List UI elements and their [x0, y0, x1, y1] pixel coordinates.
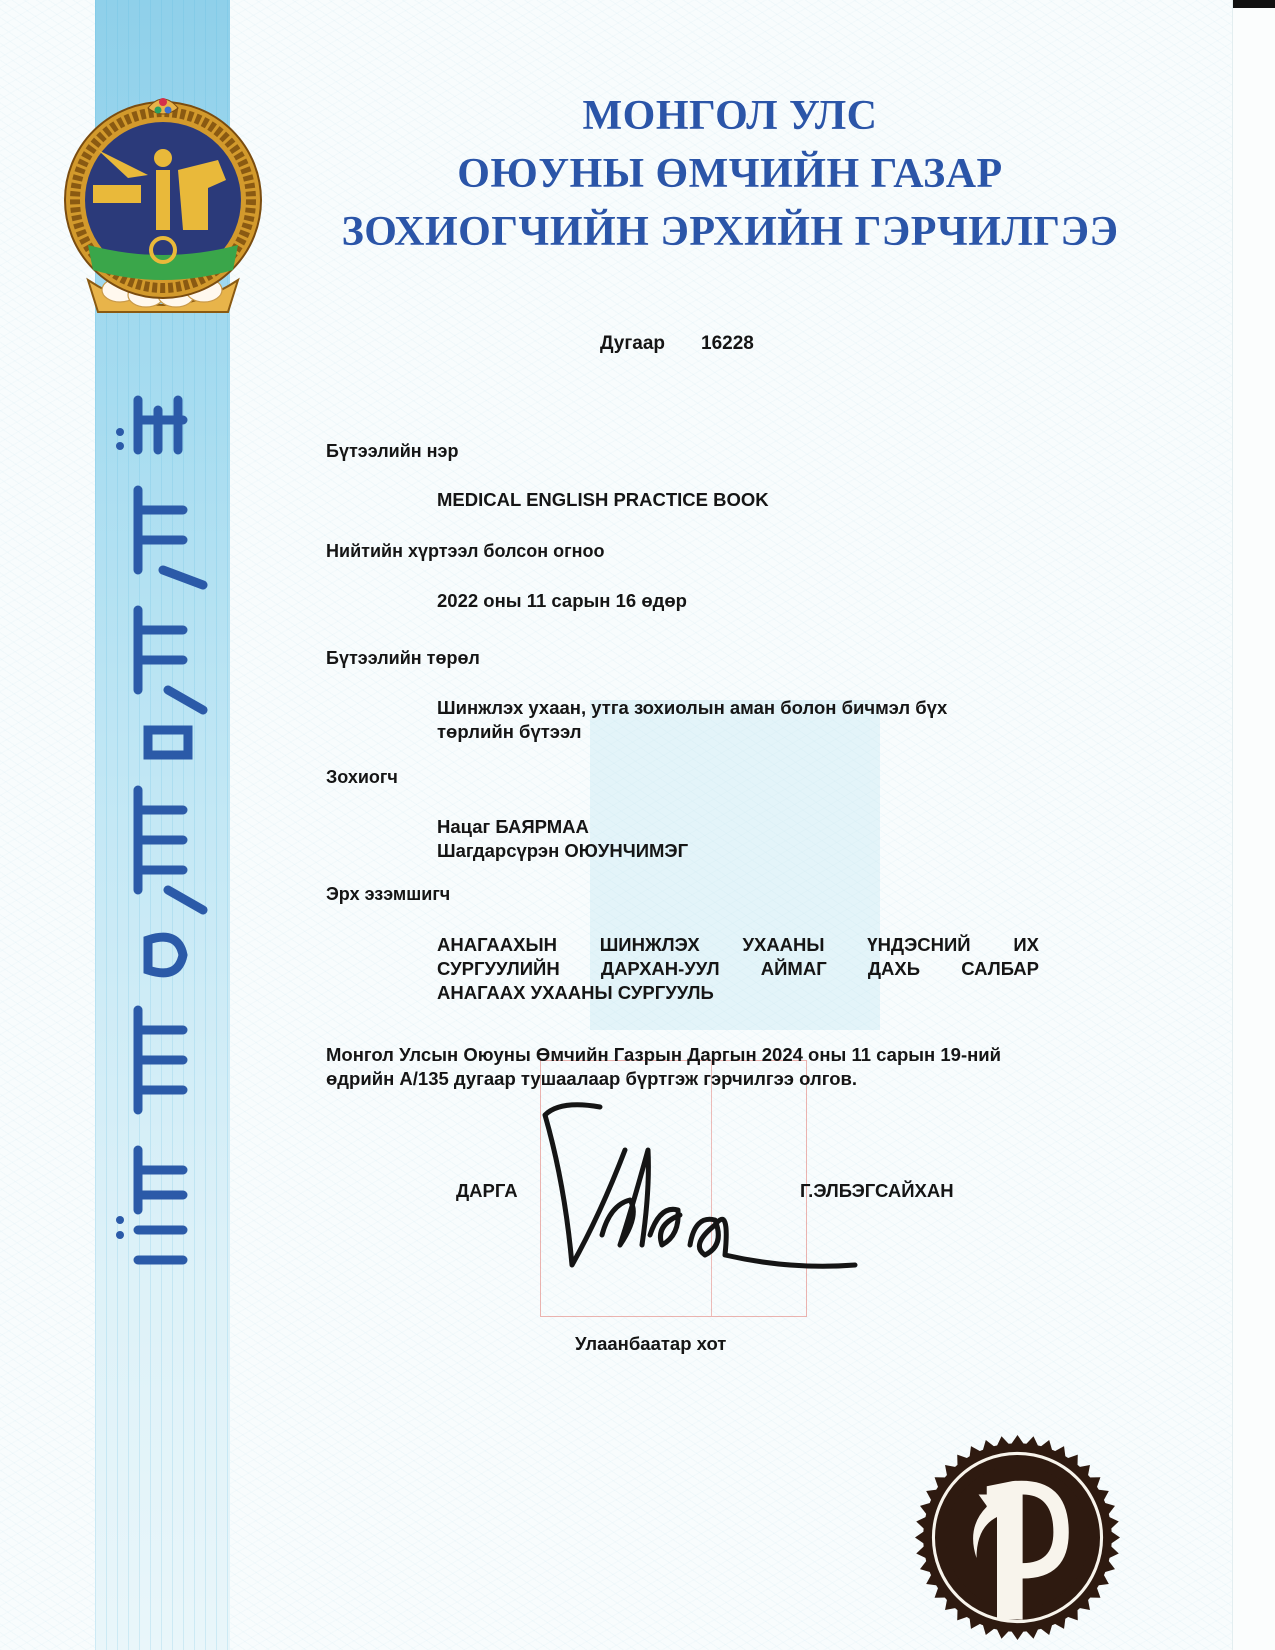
- signatory-title: ДАРГА: [456, 1180, 518, 1202]
- author-label: Зохиогч: [326, 767, 398, 788]
- state-emblem-icon: [58, 90, 268, 320]
- country-title: МОНГОЛ УЛС: [310, 95, 1150, 137]
- handwritten-signature: [530, 1095, 875, 1310]
- rights-holder-label: Эрх эзэмшигч: [326, 884, 450, 905]
- work-type-line: төрлийн бүтээл: [437, 720, 947, 744]
- work-type-value: Шинжлэх ухаан, утга зохиолын аман болон …: [437, 696, 947, 744]
- registration-statement: Монгол Улсын Оюуны Өмчийн Газрын Даргын …: [326, 1043, 1126, 1091]
- author-name: Шагдарсүрэн ОЮУНЧИМЭГ: [437, 839, 688, 863]
- author-list: Нацаг БАЯРМАА Шагдарсүрэн ОЮУНЧИМЭГ: [437, 815, 688, 863]
- publication-date-label: Нийтийн хүртээл болсон огноо: [326, 541, 605, 562]
- issue-city: Улаанбаатар хот: [575, 1333, 726, 1355]
- work-title-value: MEDICAL ENGLISH PRACTICE BOOK: [437, 488, 769, 512]
- work-type-line: Шинжлэх ухаан, утга зохиолын аман болон …: [437, 696, 947, 720]
- publication-date-value: 2022 оны 11 сарын 16 өдөр: [437, 589, 687, 613]
- work-title-label: Бүтээлийн нэр: [326, 441, 458, 462]
- rights-holder-line: АНАГААХ УХААНЫ СУРГУУЛЬ: [437, 981, 1039, 1005]
- rights-holder-line: СУРГУУЛИЙН ДАРХАН-УУЛ АЙМАГ ДАХЬ САЛБАР: [437, 957, 1039, 981]
- intellectual-property-seal-icon: [915, 1435, 1120, 1640]
- agency-title: ОЮУНЫ ӨМЧИЙН ГАЗАР: [310, 153, 1150, 195]
- certificate-number: Дугаар16228: [600, 333, 754, 355]
- signatory-name: Г.ЭЛБЭГСАЙХАН: [800, 1180, 954, 1202]
- registration-line: Монгол Улсын Оюуны Өмчийн Газрын Даргын …: [326, 1043, 1126, 1067]
- registration-line: өдрийн А/135 дугаар тушаалаар бүртгэж гэ…: [326, 1067, 1126, 1091]
- rights-holder-value: АНАГААХЫН ШИНЖЛЭХ УХААНЫ ҮНДЭСНИЙ ИХ СУР…: [437, 933, 1039, 1005]
- number-label: Дугаар: [600, 333, 665, 354]
- author-name: Нацаг БАЯРМАА: [437, 815, 688, 839]
- number-value: 16228: [701, 333, 754, 354]
- certificate-title: ЗОХИОГЧИЙН ЭРХИЙН ГЭРЧИЛГЭЭ: [310, 211, 1150, 253]
- mongolian-script-banner: [108, 390, 218, 1270]
- work-type-label: Бүтээлийн төрөл: [326, 648, 480, 669]
- rights-holder-line: АНАГААХЫН ШИНЖЛЭХ УХААНЫ ҮНДЭСНИЙ ИХ: [437, 933, 1039, 957]
- scan-edge-corner: [1233, 0, 1275, 8]
- scan-edge: [1232, 0, 1275, 1650]
